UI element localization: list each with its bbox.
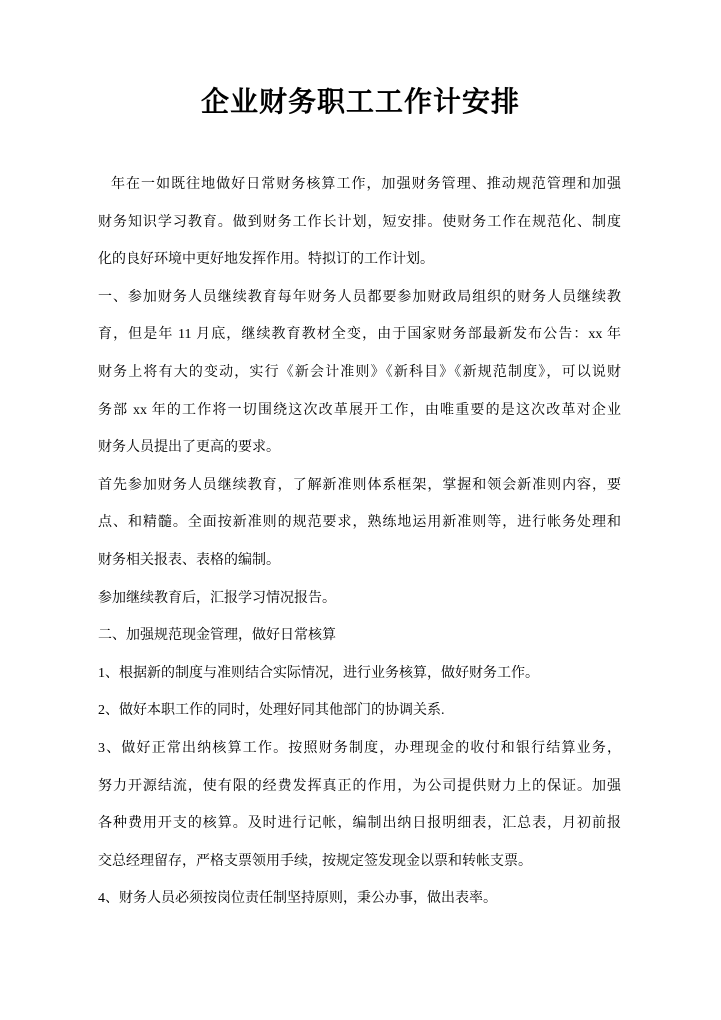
text-line: 化的良好环境中更好地发挥作用。特拟订的工作计划。 (98, 241, 621, 279)
text-line: 1、根据新的制度与准则结合实际情况，进行业务核算，做好财务工作。 (98, 655, 621, 693)
text-line: 年在一如既往地做好日常财务核算工作，加强财务管理、推动规范管理和加强 (98, 166, 621, 204)
text-line: 交总经理留存，严格支票领用手续，按规定签发现金以票和转帐支票。 (98, 843, 621, 881)
text-line: 财务相关报表、表格的编制。 (98, 542, 621, 580)
paragraph-intro: 年在一如既往地做好日常财务核算工作，加强财务管理、推动规范管理和加强 财务知识学… (98, 166, 621, 279)
text-line: 参加继续教育后，汇报学习情况报告。 (98, 580, 621, 618)
paragraph-report: 参加继续教育后，汇报学习情况报告。 (98, 580, 621, 618)
paragraph-section-1: 一、参加财务人员继续教育每年财务人员都要参加财政局组织的财务人员继续教 育，但是… (98, 279, 621, 467)
text-line: 2、做好本职工作的同时，处理好同其他部门的协调关系. (98, 692, 621, 730)
paragraph-section-2: 二、加强规范现金管理，做好日常核算 (98, 617, 621, 655)
text-line: 育，但是年 11 月底，继续教育教材全变，由于国家财务部最新发布公告：xx 年 (98, 316, 621, 354)
text-line: 财务人员提出了更高的要求。 (98, 429, 621, 467)
paragraph-item-3: 3、做好正常出纳核算工作。按照财务制度，办理现金的收付和银行结算业务， 努力开源… (98, 730, 621, 880)
paragraph-item-1: 1、根据新的制度与准则结合实际情况，进行业务核算，做好财务工作。 (98, 655, 621, 693)
text-line: 务部 xx 年的工作将一切围绕这次改革展开工作，由唯重要的是这次改革对企业 (98, 392, 621, 430)
paragraph-item-2: 2、做好本职工作的同时，处理好同其他部门的协调关系. (98, 692, 621, 730)
document-page: 企业财务职工工作计安排 年在一如既往地做好日常财务核算工作，加强财务管理、推动规… (0, 0, 721, 1020)
text-line: 财务上将有大的变动，实行《新会计准则》《新科目》《新规范制度》，可以说财 (98, 354, 621, 392)
paragraph-item-4: 4、财务人员必须按岗位责任制坚持原则，秉公办事，做出表率。 (98, 880, 621, 918)
document-body: 年在一如既往地做好日常财务核算工作，加强财务管理、推动规范管理和加强 财务知识学… (98, 166, 621, 918)
text-line: 财务知识学习教育。做到财务工作长计划，短安排。使财务工作在规范化、制度 (98, 204, 621, 242)
paragraph-continuing-education: 首先参加财务人员继续教育，了解新准则体系框架，掌握和领会新准则内容，要 点、和精… (98, 467, 621, 580)
text-line: 努力开源结流，使有限的经费发挥真正的作用，为公司提供财力上的保证。加强 (98, 768, 621, 806)
text-line: 首先参加财务人员继续教育，了解新准则体系框架，掌握和领会新准则内容，要 (98, 467, 621, 505)
text-line: 3、做好正常出纳核算工作。按照财务制度，办理现金的收付和银行结算业务， (98, 730, 621, 768)
text-line: 4、财务人员必须按岗位责任制坚持原则，秉公办事，做出表率。 (98, 880, 621, 918)
document-title: 企业财务职工工作计安排 (0, 80, 721, 120)
text-line: 各种费用开支的核算。及时进行记帐，编制出纳日报明细表，汇总表，月初前报 (98, 805, 621, 843)
text-line: 二、加强规范现金管理，做好日常核算 (98, 617, 621, 655)
text-line: 点、和精髓。全面按新准则的规范要求，熟练地运用新准则等，进行帐务处理和 (98, 504, 621, 542)
text-line: 一、参加财务人员继续教育每年财务人员都要参加财政局组织的财务人员继续教 (98, 279, 621, 317)
